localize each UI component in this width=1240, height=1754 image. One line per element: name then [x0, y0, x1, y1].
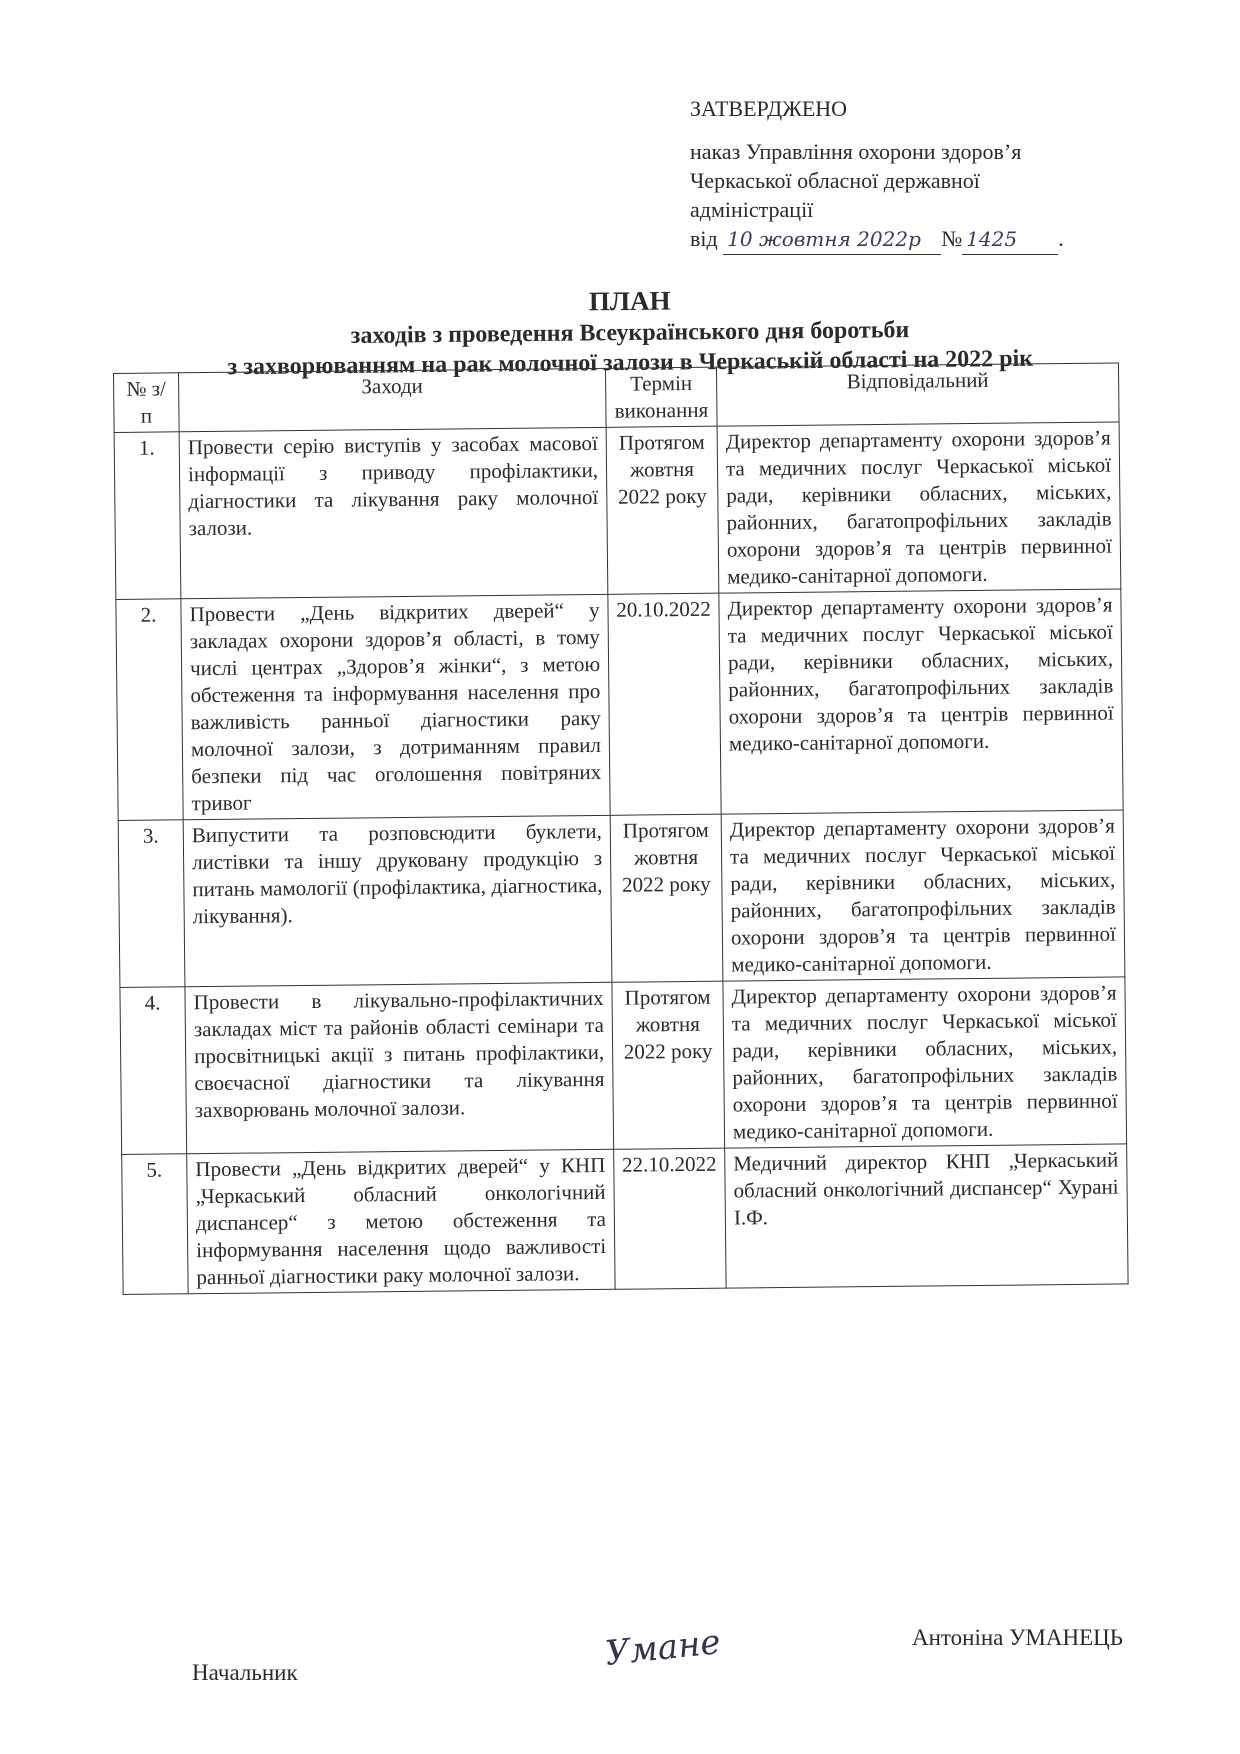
handwritten-signature: Умане: [603, 1622, 722, 1674]
handwritten-date: 10 жовтня 2022р: [723, 225, 941, 255]
row-number: 3.: [118, 820, 185, 988]
table-row: 5.Провести „День відкритих дверей“ у КНП…: [122, 1144, 1128, 1295]
table-row: 3.Випустити та розповсюдити буклети, лис…: [118, 810, 1125, 988]
row-term: Протягом жовтня 2022 року: [606, 426, 719, 594]
approval-suffix: .: [1058, 226, 1064, 251]
row-number: 1.: [114, 432, 181, 600]
row-responsible: Директор департаменту охорони здоров’я т…: [723, 977, 1127, 1148]
row-responsible: Директор департаменту охорони здоров’я т…: [717, 422, 1121, 593]
approval-stamp: ЗАТВЕРДЖЕНО наказ Управління охорони здо…: [690, 94, 1064, 255]
row-responsible: Медичний директор КНП „Черкаський обласн…: [725, 1144, 1128, 1288]
row-number: 5.: [122, 1154, 188, 1295]
signer-position: Начальник: [192, 1660, 298, 1686]
handwritten-order-number: 1425: [962, 225, 1058, 255]
row-responsible: Директор департаменту охорони здоров’я т…: [719, 589, 1123, 814]
approval-line: адміністрації: [690, 195, 1064, 224]
header-num: № з/п: [114, 373, 180, 433]
row-measure: Провести „День відкритих дверей“ у закла…: [181, 594, 610, 819]
row-measure: Провести в лікувально-профілактичних зак…: [185, 982, 614, 1153]
approval-line: наказ Управління охорони здоров’я: [690, 137, 1064, 166]
number-prefix: №: [941, 226, 962, 251]
row-term: Протягом жовтня 2022 року: [610, 814, 723, 982]
approval-line: Черкаської обласної державної: [690, 166, 1064, 195]
plan-table: № з/п Заходи Термін виконання Відповідал…: [113, 362, 1129, 1294]
row-number: 2.: [116, 599, 183, 821]
row-term: Протягом жовтня 2022 року: [612, 981, 725, 1149]
approval-date-line: від 10 жовтня 2022р№1425.: [690, 224, 1064, 255]
row-measure: Провести серію виступів у засобах масово…: [179, 427, 608, 598]
table-row: 2.Провести „День відкритих дверей“ у зак…: [116, 589, 1123, 821]
table-row: 1.Провести серію виступів у засобах масо…: [114, 422, 1121, 600]
row-term: 20.10.2022: [608, 593, 721, 815]
header-term: Термін виконання: [605, 367, 717, 427]
signer-name: Антоніна УМАНЕЦЬ: [912, 1625, 1123, 1651]
approval-title: ЗАТВЕРДЖЕНО: [690, 94, 1064, 123]
header-responsible: Відповідальний: [716, 363, 1119, 426]
table-header-row: № з/п Заходи Термін виконання Відповідал…: [114, 363, 1120, 433]
table-row: 4.Провести в лікувально-профілактичних з…: [120, 977, 1127, 1155]
row-measure: Випустити та розповсюдити буклети, листі…: [183, 815, 612, 986]
row-term: 22.10.2022: [614, 1148, 726, 1289]
row-number: 4.: [120, 987, 187, 1155]
header-measure: Заходи: [179, 368, 607, 431]
row-measure: Провести „День відкритих дверей“ у КНП „…: [187, 1149, 615, 1293]
date-prefix: від: [690, 226, 718, 251]
row-responsible: Директор департаменту охорони здоров’я т…: [721, 810, 1125, 981]
